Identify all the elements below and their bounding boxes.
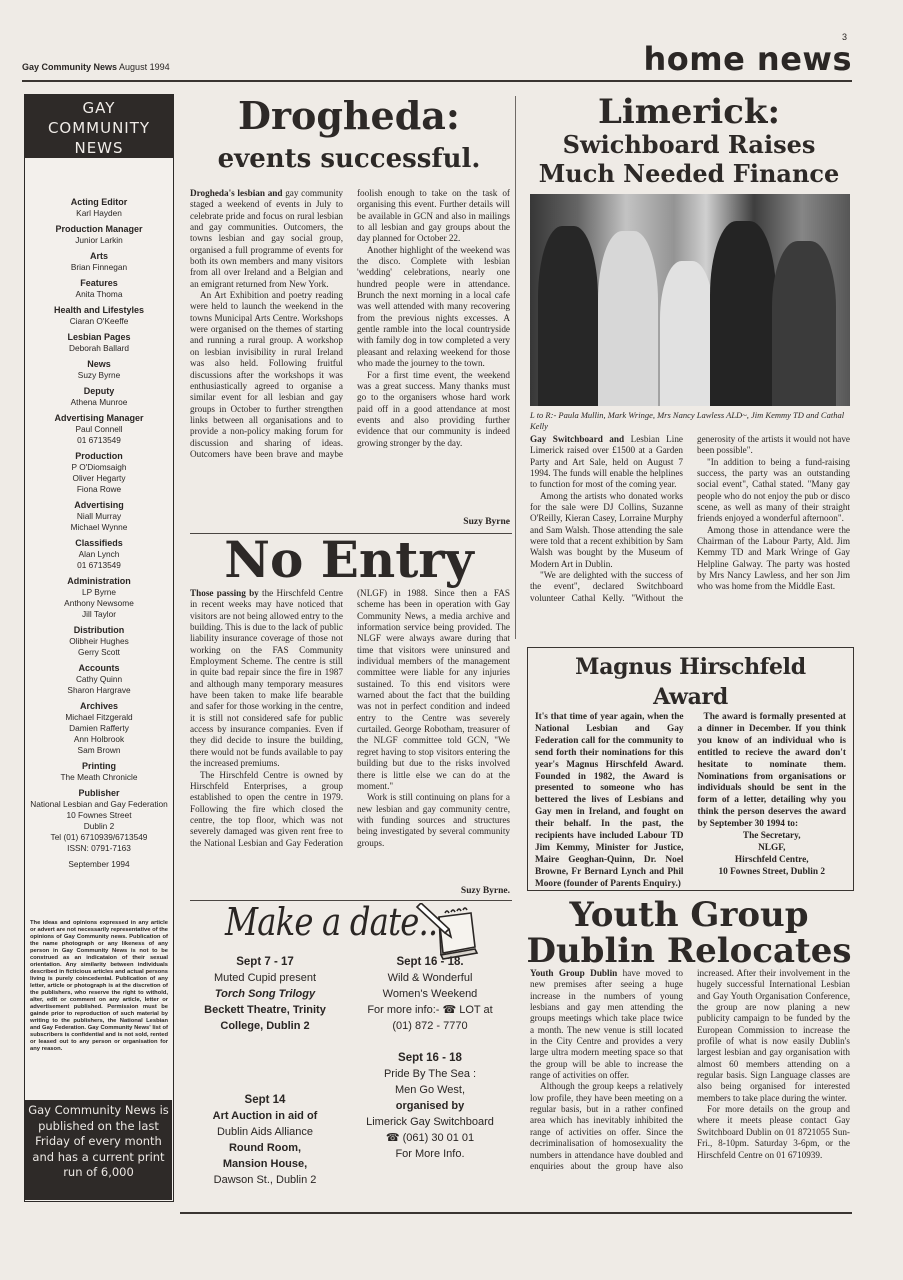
event-line: For More Info.: [350, 1146, 510, 1162]
staff-name: 10 Fownes Street: [25, 810, 173, 821]
event-line: Art Auction in aid of: [190, 1108, 340, 1124]
event-line: Wild & Wonderful: [350, 970, 510, 986]
paragraph: Work is still continuing on plans for a …: [357, 792, 510, 849]
staff-name: Jill Taylor: [25, 609, 173, 620]
no-entry-body: Those passing by the Hirschfeld Centre i…: [190, 588, 510, 884]
no-entry-headline: No Entry: [185, 530, 513, 590]
section-title: home news: [630, 40, 852, 78]
staff-role: Lesbian Pages: [25, 332, 173, 343]
event-line: Round Room,: [190, 1140, 340, 1156]
event-sept-14: Sept 14 Art Auction in aid of Dublin Aid…: [190, 1092, 340, 1188]
publication-promo: Gay Community News is published on the l…: [25, 1100, 172, 1200]
staff-role: Advertising: [25, 500, 173, 511]
youth-body: Youth Group Dublin have moved to new pre…: [530, 968, 850, 1208]
staff-name: Suzy Byrne: [25, 370, 173, 381]
lead-in: Youth Group Dublin: [530, 968, 617, 978]
lead-in: Drogheda's lesbian and: [190, 188, 283, 198]
group-photo: [530, 194, 850, 406]
paragraph: the Hirschfeld Centre in recent weeks ma…: [190, 588, 343, 768]
event-line: Beckett Theatre, Trinity: [190, 1002, 340, 1018]
staff-name: Karl Hayden: [25, 208, 173, 219]
address-line: Hirschfeld Centre,: [698, 855, 847, 867]
paragraph: Another highlight of the weekend was the…: [357, 245, 510, 370]
staff-name: Niall Murray: [25, 511, 173, 522]
lead-in: Gay Switchboard and: [530, 434, 624, 444]
youth-headline-1: Youth Group: [522, 896, 856, 934]
event-line: organised by: [350, 1098, 510, 1114]
staff-name: Dublin 2: [25, 821, 173, 832]
staff-name: Sam Brown: [25, 745, 173, 756]
no-entry-byline: Suzy Byrne.: [190, 886, 510, 896]
drogheda-body: Drogheda's lesbian and gay community sta…: [190, 188, 510, 514]
staff-name: Sharon Hargrave: [25, 685, 173, 696]
staff-name: Ann Holbrook: [25, 734, 173, 745]
staff-name: Ciaran O'Keeffe: [25, 316, 173, 327]
make-a-date-title: Make a date...: [225, 900, 447, 944]
staff-role: Classifieds: [25, 538, 173, 549]
event-line: Pride By The Sea :: [350, 1066, 510, 1082]
paragraph: It's that time of year again, when the N…: [535, 712, 684, 889]
staff-name: Damien Rafferty: [25, 723, 173, 734]
event-date: Sept 16 - 18: [350, 1050, 510, 1066]
photo-caption: L to R:- Paula Mullin, Mark Wringe, Mrs …: [530, 410, 850, 432]
staff-role: Archives: [25, 701, 173, 712]
paragraph: have moved to new premises after seeing …: [530, 968, 683, 1080]
event-line: For more info:- ☎ LOT at: [350, 1002, 510, 1018]
staff-name: Athena Munroe: [25, 397, 173, 408]
staff-name: Brian Finnegan: [25, 262, 173, 273]
issue-date: September 1994: [25, 859, 173, 870]
staff-role: Publisher: [25, 788, 173, 799]
column-rule: [515, 96, 516, 639]
award-headline: Magnus Hirschfeld Award: [535, 652, 846, 712]
event-line: Dawson St., Dublin 2: [190, 1172, 340, 1188]
sidebar-logo: GAY COMMUNITY NEWS: [25, 95, 173, 158]
event-line: Dublin Aids Alliance: [190, 1124, 340, 1140]
drogheda-headline: Drogheda:: [185, 94, 513, 138]
staff-name: Olibheir Hughes: [25, 636, 173, 647]
staff-name: Oliver Hegarty: [25, 473, 173, 484]
limerick-subhead-2: Much Needed Finance: [522, 159, 856, 188]
staff-role: Administration: [25, 576, 173, 587]
staff-role: Features: [25, 278, 173, 289]
award-body: It's that time of year again, when the N…: [535, 712, 846, 891]
address-line: The Secretary,: [698, 831, 847, 843]
bottom-rule: [180, 1212, 852, 1214]
staff-role: Deputy: [25, 386, 173, 397]
event-date: Sept 7 - 17: [190, 954, 340, 970]
event-line: Torch Song Trilogy: [190, 986, 340, 1002]
staff-role: News: [25, 359, 173, 370]
event-line: Limerick Gay Switchboard: [350, 1114, 510, 1130]
event-line: College, Dublin 2: [190, 1018, 340, 1034]
lead-in: Those passing by: [190, 588, 259, 598]
limerick-subhead-1: Swichboard Raises: [522, 130, 856, 159]
drogheda-subhead: events successful.: [185, 142, 513, 176]
logo-line: NEWS: [25, 138, 173, 158]
staff-name: Gerry Scott: [25, 647, 173, 658]
limerick-body: Gay Switchboard and Lesbian Line Limeric…: [530, 434, 850, 640]
event-line: Men Go West,: [350, 1082, 510, 1098]
event-date: Sept 14: [190, 1092, 340, 1108]
staff-name: 01 6713549: [25, 560, 173, 571]
staff-name: 01 6713549: [25, 435, 173, 446]
paragraph: gay community staged a weekend of events…: [190, 188, 343, 289]
staff-name: Michael Fitzgerald: [25, 712, 173, 723]
staff-role: Production Manager: [25, 224, 173, 235]
staff-name: Deborah Ballard: [25, 343, 173, 354]
staff-role: Printing: [25, 761, 173, 772]
event-line: ☎ (061) 30 01 01: [350, 1130, 510, 1146]
youth-headline-2: Dublin Relocates: [522, 932, 856, 970]
staff-role: Production: [25, 451, 173, 462]
logo-line: GAY: [25, 98, 173, 118]
staff-role: Arts: [25, 251, 173, 262]
event-line: (01) 872 - 7770: [350, 1018, 510, 1034]
staff-role: Advertising Manager: [25, 413, 173, 424]
staff-list: Acting EditorKarl HaydenProduction Manag…: [25, 158, 173, 870]
staff-name: Cathy Quinn: [25, 674, 173, 685]
staff-name: Tel (01) 6710939/6713549: [25, 832, 173, 843]
top-rule: [22, 80, 852, 82]
paragraph: "In addition to being a fund-raising suc…: [697, 457, 850, 525]
address-line: 10 Fownes Street, Dublin 2: [698, 867, 847, 879]
award-box: Magnus Hirschfeld Award It's that time o…: [527, 647, 854, 891]
masthead-publication: Gay Community News August 1994: [22, 62, 170, 72]
staff-name: Anita Thoma: [25, 289, 173, 300]
staff-role: Accounts: [25, 663, 173, 674]
staff-name: Alan Lynch: [25, 549, 173, 560]
paragraph: Among the artists who donated works for …: [530, 491, 683, 570]
paragraph: For more details on the group and where …: [697, 1104, 850, 1161]
disclaimer: The ideas and opinions expressed in any …: [30, 920, 168, 1053]
drogheda-byline: Suzy Byrne: [190, 517, 510, 527]
staff-name: The Meath Chronicle: [25, 772, 173, 783]
event-sept-16-wild: Sept 16 - 18. Wild & Wonderful Women's W…: [350, 954, 510, 1034]
event-sept-7: Sept 7 - 17 Muted Cupid present Torch So…: [190, 954, 340, 1034]
event-date: Sept 16 - 18.: [350, 954, 510, 970]
staff-name: Junior Larkin: [25, 235, 173, 246]
staff-role: Health and Lifestyles: [25, 305, 173, 316]
logo-line: COMMUNITY: [25, 118, 173, 138]
paragraph: The award is formally presented at a din…: [698, 712, 847, 829]
paragraph: For a first time event, the weekend was …: [357, 370, 510, 449]
staff-role: Distribution: [25, 625, 173, 636]
publication-name: Gay Community News: [22, 62, 117, 72]
staff-name: LP Byrne: [25, 587, 173, 598]
limerick-headline: Limerick:: [522, 92, 856, 132]
issue-date: August 1994: [119, 62, 170, 72]
staff-name: Paul Connell: [25, 424, 173, 435]
staff-name: National Lesbian and Gay Federation: [25, 799, 173, 810]
paragraph: Among those in attendance were the Chair…: [697, 525, 850, 593]
staff-role: Acting Editor: [25, 197, 173, 208]
staff-name: Fiona Rowe: [25, 484, 173, 495]
event-line: Muted Cupid present: [190, 970, 340, 986]
staff-name: P O'Diomsaigh: [25, 462, 173, 473]
staff-sidebar: GAY COMMUNITY NEWS Acting EditorKarl Hay…: [24, 94, 174, 1202]
staff-name: Anthony Newsome: [25, 598, 173, 609]
staff-name: Michael Wynne: [25, 522, 173, 533]
event-line: Mansion House,: [190, 1156, 340, 1172]
event-sept-16-pride: Sept 16 - 18 Pride By The Sea : Men Go W…: [350, 1050, 510, 1162]
address-line: NLGF,: [698, 843, 847, 855]
event-line: Women's Weekend: [350, 986, 510, 1002]
staff-name: ISSN: 0791-7163: [25, 843, 173, 854]
